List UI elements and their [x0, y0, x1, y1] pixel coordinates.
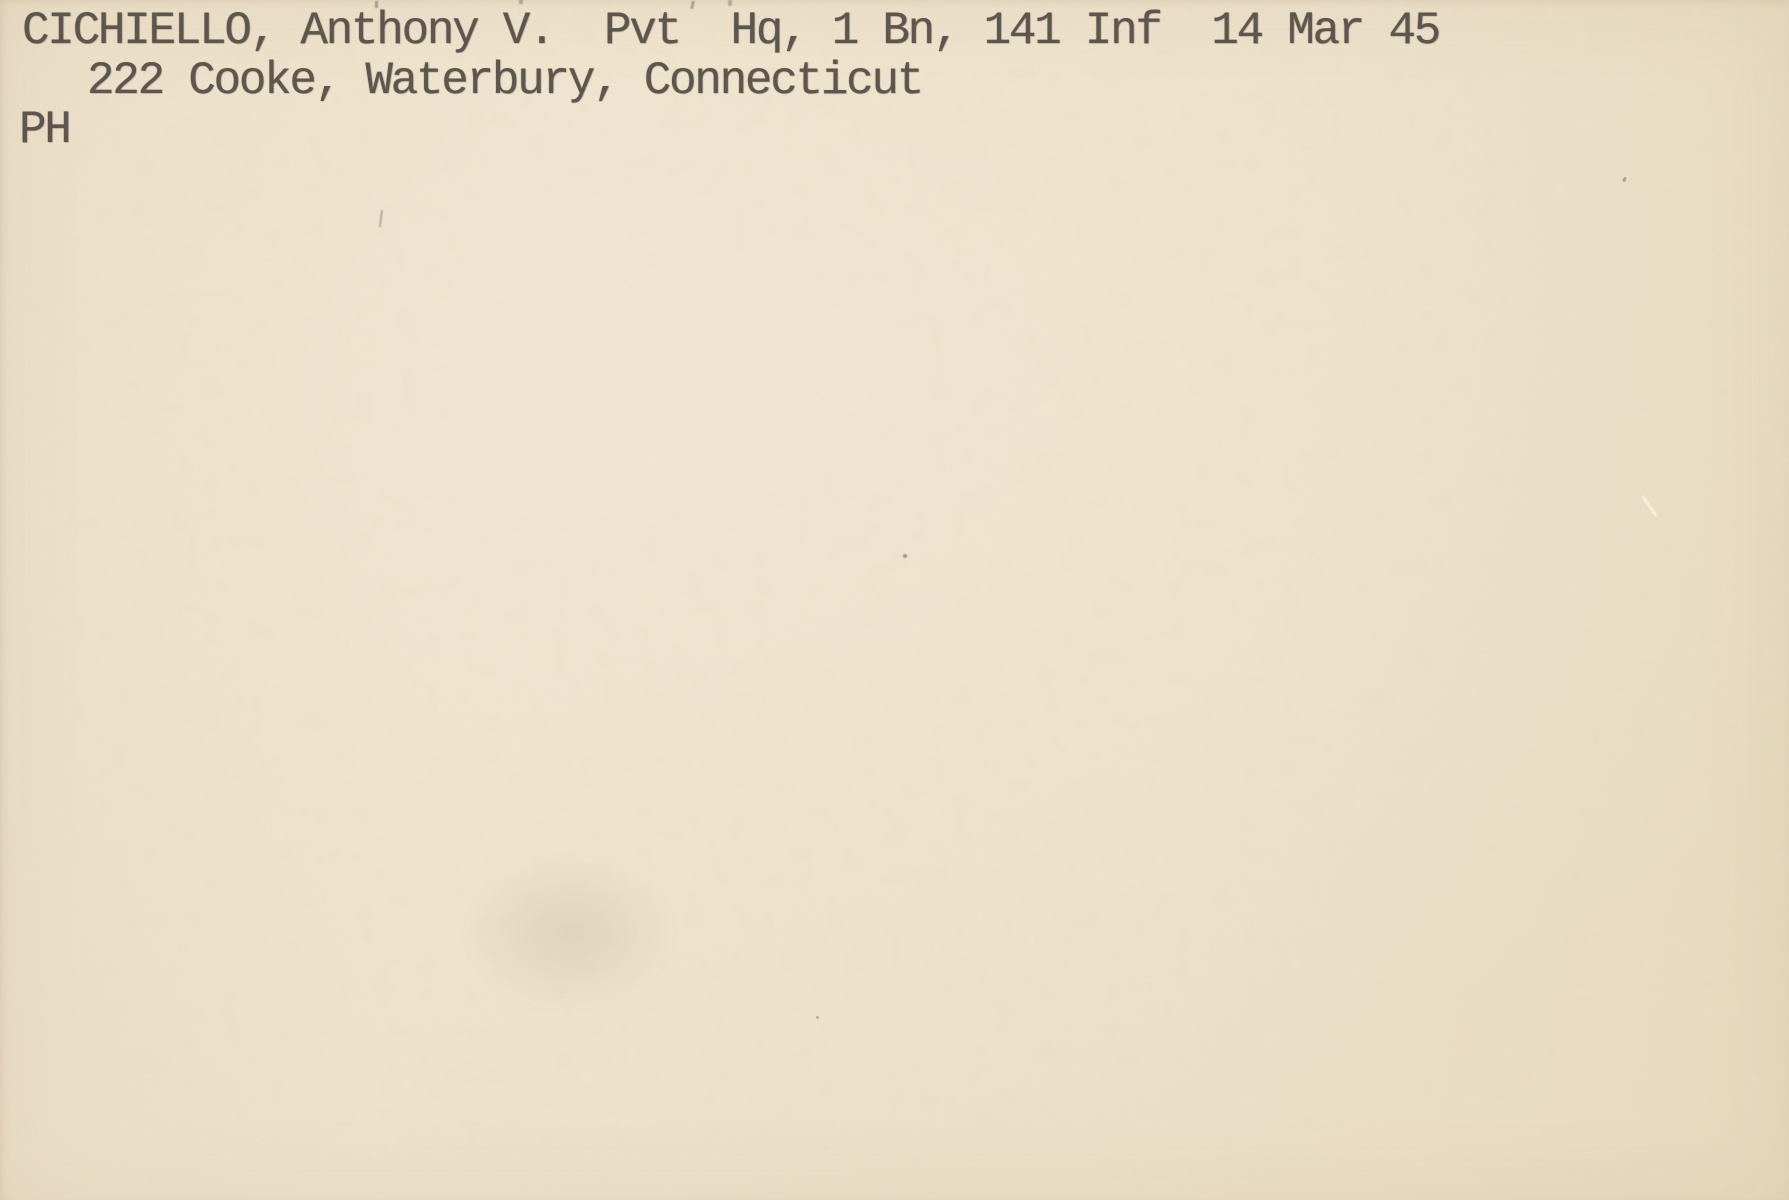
stray-ink-top-edge: [519, 0, 523, 4]
index-card-scan: CICHIELLO, Anthony V. Pvt Hq, 1 Bn, 141 …: [0, 0, 1789, 1200]
paper-fiber-mark: [379, 210, 383, 227]
ink-speck-small: [816, 1016, 819, 1019]
typed-line-award-code: PH: [19, 107, 70, 153]
ink-speck: [1622, 177, 1627, 183]
typed-line-address: 222 Cooke, Waterbury, Connecticut: [87, 58, 922, 104]
ink-dot: [903, 554, 907, 558]
smudge-mark: [462, 855, 677, 1010]
paper-scratch: [1641, 495, 1657, 516]
paper-grain-texture: [0, 0, 1789, 1200]
typed-line-name-rank-unit-date: CICHIELLO, Anthony V. Pvt Hq, 1 Bn, 141 …: [22, 8, 1439, 54]
